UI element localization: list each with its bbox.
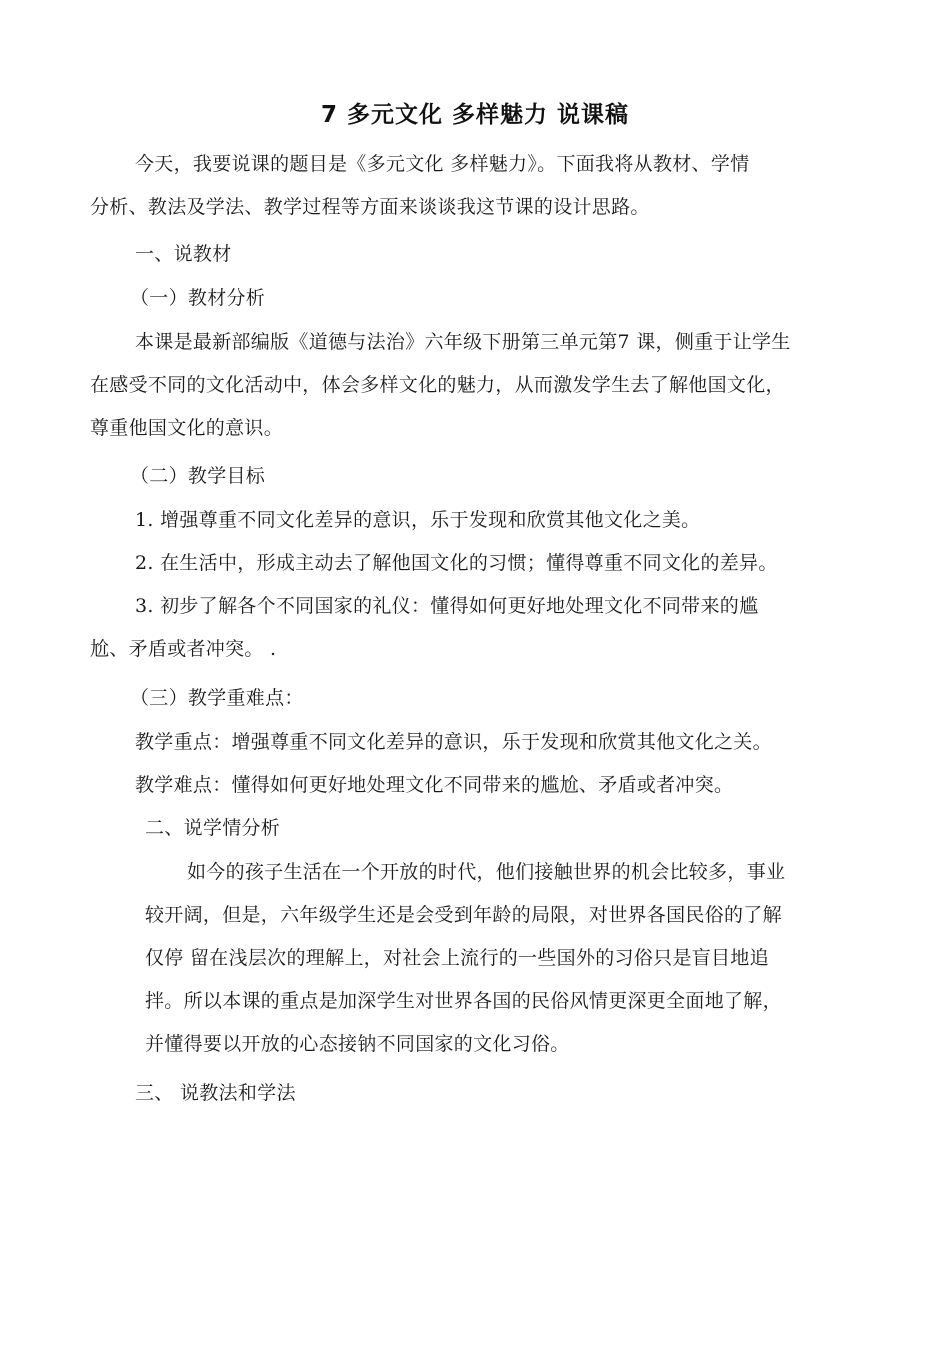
- goal-2: 2. 在生活中，形成主动去了解他国文化的习惯；懂得尊重不同文化的差异。: [135, 551, 778, 575]
- learner-3: 仅停 留在浅层次的理解上，对社会上流行的一些国外的习俗只是盲目地追: [145, 946, 769, 970]
- subsection-1-1-heading: （一）教材分析: [130, 286, 265, 310]
- subsection-1-2-heading: （二）教学目标: [130, 464, 265, 488]
- goal-1: 1. 增强尊重不同文化差异的意识，乐于发现和欣赏其他文化之美。: [135, 508, 700, 532]
- learner-2: 较开阔，但是，六年级学生还是会受到年龄的局限，对世界各国民俗的了解: [145, 903, 782, 927]
- section-3-heading: 三、 说教法和学法: [135, 1081, 296, 1105]
- analysis-1: 本课是最新部编版《道德与法治》六年级下册第三单元第7 课，侧重于让学生: [135, 330, 791, 354]
- learner-5: 并懂得要以开放的心态接钠不同国家的文化习俗。: [145, 1032, 570, 1056]
- document-title: 7 多元文化 多样魅力 说课稿: [0, 100, 950, 130]
- learner-4: 拌。所以本课的重点是加深学生对世界各国的民俗风情更深更全面地了解，: [145, 989, 782, 1013]
- analysis-3: 尊重他国文化的意识。: [90, 416, 283, 440]
- intro-2: 分析、教法及学法、教学过程等方面来谈谈我这节课的设计思路。: [90, 195, 650, 219]
- document-page: 7 多元文化 多样魅力 说课稿 今天，我要说课的题目是《多元文化 多样魅力》。下…: [0, 0, 950, 1345]
- goal-3b: 尬、矛盾或者冲突。 .: [90, 637, 276, 661]
- section-2-heading: 二、说学情分析: [145, 816, 280, 840]
- section-1-heading: 一、说教材: [135, 242, 232, 266]
- analysis-2: 在感受不同的文化活动中，体会多样文化的魅力，从而激发学生去了解他国文化，: [90, 373, 785, 397]
- goal-3a: 3. 初步了解各个不同国家的礼仪：懂得如何更好地处理文化不同带来的尴: [135, 594, 758, 618]
- difficult-point: 教学难点：懂得如何更好地处理文化不同带来的尴尬、矛盾或者冲突。: [135, 773, 733, 797]
- subsection-1-3-heading: （三）教学重难点：: [130, 686, 304, 710]
- key-point: 教学重点：增强尊重不同文化差异的意识，乐于发现和欣赏其他文化之关。: [135, 730, 772, 754]
- learner-1: 如今的孩子生活在一个开放的时代，他们接触世界的机会比较多，事业: [187, 860, 785, 884]
- intro-1: 今天，我要说课的题目是《多元文化 多样魅力》。下面我将从教材、学情: [135, 152, 749, 176]
